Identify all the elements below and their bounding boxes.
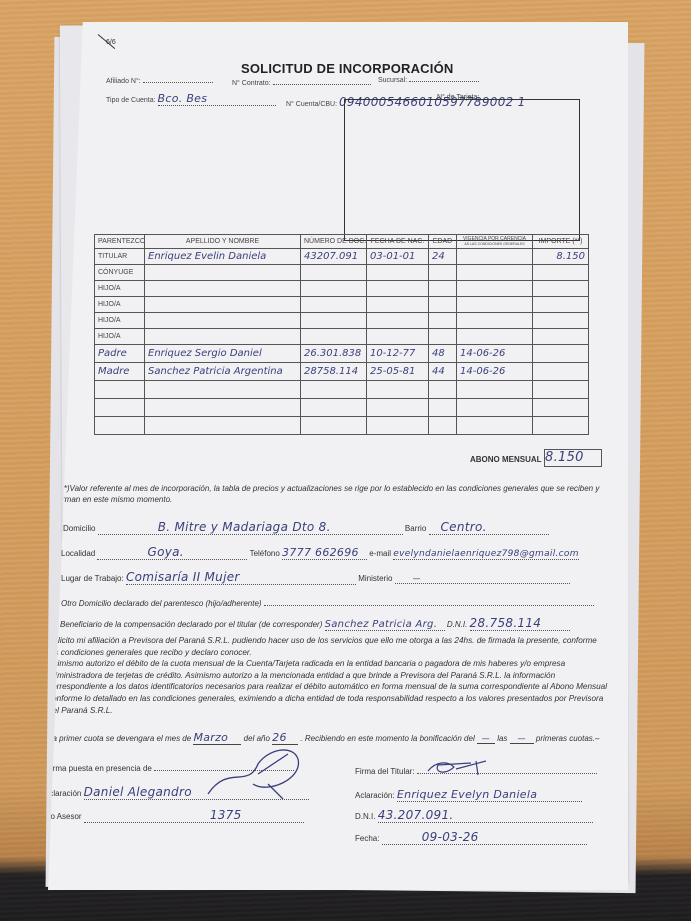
telefono-label: Teléfono xyxy=(250,549,280,558)
cell-importe[interactable] xyxy=(533,329,589,345)
afiliado-label: Afiliado N°: xyxy=(106,78,141,85)
year-label: del año xyxy=(244,734,270,743)
cell-doc[interactable] xyxy=(301,381,367,399)
cell-nombre[interactable] xyxy=(145,399,301,417)
cell-vigencia[interactable] xyxy=(457,281,533,297)
cell-nombre[interactable]: Enriquez Evelin Daniela xyxy=(145,249,301,265)
cuenta-cbu-label: N° Cuenta/CBU: xyxy=(286,101,337,108)
titular-signature-scribble xyxy=(426,757,496,779)
cell-doc[interactable]: 43207.091 xyxy=(301,249,367,265)
fecha-value[interactable]: 09-03-26 xyxy=(382,830,587,845)
cell-importe[interactable] xyxy=(533,281,589,297)
cell-edad[interactable]: 44 xyxy=(429,363,457,381)
cell-vigencia[interactable] xyxy=(457,249,533,265)
cell-importe[interactable] xyxy=(533,363,589,381)
cell-doc[interactable]: 28758.114 xyxy=(301,363,367,381)
cell-fecha-nac[interactable] xyxy=(367,399,429,417)
cell-doc[interactable] xyxy=(301,329,367,345)
cell-parentezco[interactable]: HIJO/A xyxy=(95,297,145,313)
cell-nombre[interactable] xyxy=(145,329,301,345)
table-row xyxy=(95,417,589,435)
cell-nombre[interactable] xyxy=(145,281,301,297)
cell-fecha-nac[interactable] xyxy=(367,329,429,345)
application-form-sheet: 6/6 SOLICITUD DE INCORPORACIÓN Afiliado … xyxy=(48,22,628,890)
cell-fecha-nac[interactable] xyxy=(367,297,429,313)
cell-edad[interactable] xyxy=(429,417,457,435)
sucursal-label: Sucursal: xyxy=(378,77,407,84)
cell-fecha-nac[interactable] xyxy=(367,265,429,281)
tipo-cuenta-label: Tipo de Cuenta: xyxy=(106,97,156,104)
first-payment-label: La primer cuota se devengara el mes de xyxy=(48,734,191,743)
beneficiario-value[interactable]: Sanchez Patricia Arg. xyxy=(325,619,445,631)
table-row xyxy=(95,381,589,399)
localidad-value[interactable]: Goya. xyxy=(97,545,247,560)
cell-doc[interactable] xyxy=(301,399,367,417)
cell-fecha-nac[interactable]: 03-01-01 xyxy=(367,249,429,265)
cell-fecha-nac[interactable] xyxy=(367,417,429,435)
cell-doc[interactable] xyxy=(301,417,367,435)
cell-importe[interactable] xyxy=(533,417,589,435)
tipo-cuenta-field[interactable]: Tipo de Cuenta: Bco. Bes xyxy=(106,92,276,106)
cell-vigencia[interactable] xyxy=(457,329,533,345)
contrato-label: N° Contrato: xyxy=(232,80,271,87)
cell-vigencia[interactable] xyxy=(457,265,533,281)
aclaracion-right-label: Aclaración: xyxy=(355,791,395,800)
cell-nombre[interactable]: Enriquez Sergio Daniel xyxy=(145,345,301,363)
cell-parentezco[interactable]: Madre xyxy=(95,363,145,381)
cell-importe[interactable] xyxy=(533,265,589,281)
cell-edad[interactable] xyxy=(429,381,457,399)
family-table-body: TITULAREnriquez Evelin Daniela43207.0910… xyxy=(95,249,589,435)
table-row: HIJO/A xyxy=(95,313,589,329)
sucursal-value xyxy=(409,81,479,82)
cell-parentezco[interactable] xyxy=(95,417,145,435)
trabajo-label: Lugar de Trabajo: xyxy=(61,574,124,583)
beneficiario-label: Beneficiario de la compensación declarad… xyxy=(60,620,322,629)
trabajo-value[interactable]: Comisaría II Mujer xyxy=(126,570,356,585)
ministerio-label: Ministerio xyxy=(358,574,392,583)
bonus-value[interactable]: — xyxy=(477,734,495,744)
cell-parentezco[interactable]: CÓNYUGE xyxy=(95,265,145,281)
header-edad: EDAD xyxy=(429,235,457,249)
legal-text: Solicito mi afiliación a Previsora del P… xyxy=(48,635,608,716)
barrio-label: Barrio xyxy=(405,524,426,533)
cell-nombre[interactable] xyxy=(145,313,301,329)
cell-fecha-nac[interactable] xyxy=(367,381,429,399)
table-row xyxy=(95,399,589,417)
table-header-row: PARENTEZCO APELLIDO Y NOMBRE NÚMERO DE D… xyxy=(95,235,589,249)
cell-parentezco[interactable]: HIJO/A xyxy=(95,329,145,345)
cell-edad[interactable] xyxy=(429,297,457,313)
cell-doc[interactable] xyxy=(301,265,367,281)
tipo-cuenta-value: Bco. Bes xyxy=(158,92,276,106)
cell-fecha-nac[interactable] xyxy=(367,313,429,329)
otro-domicilio-value[interactable] xyxy=(264,605,594,606)
cell-vigencia[interactable] xyxy=(457,297,533,313)
cell-parentezco[interactable]: HIJO/A xyxy=(95,313,145,329)
table-row: HIJO/A xyxy=(95,329,589,345)
cell-nombre[interactable] xyxy=(145,297,301,313)
table-row: TITULAREnriquez Evelin Daniela43207.0910… xyxy=(95,249,589,265)
barrio-value[interactable]: Centro. xyxy=(429,520,549,535)
localidad-row: Localidad Goya. Teléfono 3777 662696 e-m… xyxy=(61,545,636,560)
price-note: (**)Valor referente al mes de incorporac… xyxy=(58,483,603,505)
cell-edad[interactable] xyxy=(429,313,457,329)
titular-dni-row: D.N.I. 43.207.091. xyxy=(355,808,593,823)
cell-fecha-nac[interactable]: 25-05-81 xyxy=(367,363,429,381)
contrato-field[interactable]: N° Contrato: xyxy=(232,80,371,87)
cell-nombre[interactable] xyxy=(145,265,301,281)
fecha-label: Fecha: xyxy=(355,834,379,843)
header-nombre: APELLIDO Y NOMBRE xyxy=(145,235,301,249)
nro-asesor-value[interactable]: 1375 xyxy=(84,808,304,823)
cell-nombre[interactable]: Sanchez Patricia Argentina xyxy=(145,363,301,381)
beneficiario-dni-value[interactable]: 28.758.114 xyxy=(470,616,570,631)
cell-edad[interactable]: 48 xyxy=(429,345,457,363)
aclaracion-right-row: Aclaración: Enriquez Evelyn Daniela xyxy=(355,788,582,802)
family-members-table: PARENTEZCO APELLIDO Y NOMBRE NÚMERO DE D… xyxy=(94,234,589,435)
first-payment-year[interactable]: 26 xyxy=(272,731,298,745)
cell-fecha-nac[interactable] xyxy=(367,281,429,297)
cell-vigencia[interactable] xyxy=(457,417,533,435)
trabajo-row: Lugar de Trabajo: Comisaría II Mujer Min… xyxy=(61,570,621,585)
cell-parentezco[interactable]: HIJO/A xyxy=(95,281,145,297)
table-row: HIJO/A xyxy=(95,281,589,297)
form-title: SOLICITUD DE INCORPORACIÓN xyxy=(241,61,453,76)
email-label: e-mail xyxy=(369,549,391,558)
cell-parentezco[interactable] xyxy=(95,399,145,417)
localidad-label: Localidad xyxy=(61,549,95,558)
cell-importe[interactable] xyxy=(533,399,589,417)
las-label: las xyxy=(497,734,507,743)
aclaracion-right-value[interactable]: Enriquez Evelyn Daniela xyxy=(397,788,582,802)
aclaracion-left-value[interactable]: Daniel Alegandro xyxy=(84,785,309,800)
cell-doc[interactable] xyxy=(301,313,367,329)
header-vigencia: VIGENCIA POR CARENCIA AS LAS CONDICIONES… xyxy=(457,235,533,249)
ministerio-value[interactable]: — xyxy=(395,574,570,584)
legal-paragraph-2: Asimismo autorizo el débito de la cuota … xyxy=(48,658,608,716)
header-fecha-nac: FECHA DE NAC. xyxy=(367,235,429,249)
cell-edad[interactable] xyxy=(429,399,457,417)
contrato-value xyxy=(273,84,371,85)
cell-nombre[interactable] xyxy=(145,417,301,435)
aclaracion-left-row: Aclaración Daniel Alegandro xyxy=(44,785,309,800)
domicilio-value[interactable]: B. Mitre y Madariaga Dto 8. xyxy=(98,520,403,535)
cell-doc[interactable] xyxy=(301,281,367,297)
cell-importe[interactable] xyxy=(533,345,589,363)
beneficiario-dni-label: D.N.I. xyxy=(447,620,467,629)
payment-suffix: primeras cuotas.– xyxy=(536,734,600,743)
afiliado-value xyxy=(143,82,213,83)
otro-domicilio-label: Otro Domicilio declarado del parentesco … xyxy=(61,599,262,608)
titular-dni-value[interactable]: 43.207.091. xyxy=(378,808,593,823)
cell-doc[interactable] xyxy=(301,297,367,313)
domicilio-row: Domicilio B. Mitre y Madariaga Dto 8. Ba… xyxy=(63,520,578,535)
cell-vigencia[interactable] xyxy=(457,313,533,329)
beneficiario-row: Beneficiario de la compensación declarad… xyxy=(60,616,630,631)
fecha-row: Fecha: 09-03-26 xyxy=(355,830,587,845)
header-importe: IMPORTE (**) xyxy=(533,235,589,249)
firma-presencia-label: Firma puesta en presencia de xyxy=(46,764,152,773)
cell-importe[interactable]: 8.150 xyxy=(533,249,589,265)
cell-vigencia[interactable] xyxy=(457,399,533,417)
header-doc: NÚMERO DE DOC. xyxy=(301,235,367,249)
header-vigencia-sub: AS LAS CONDICIONES GENERALES xyxy=(464,242,524,246)
cell-edad[interactable] xyxy=(429,281,457,297)
first-payment-month[interactable]: Marzo xyxy=(193,731,241,745)
legal-paragraph-1: Solicito mi afiliación a Previsora del P… xyxy=(48,635,608,658)
abono-mensual-label: ABONO MENSUAL xyxy=(470,455,542,464)
first-payment-row: La primer cuota se devengara el mes de M… xyxy=(48,731,628,745)
cell-importe[interactable] xyxy=(533,313,589,329)
table-row: CÓNYUGE xyxy=(95,265,589,281)
cell-vigencia[interactable] xyxy=(457,381,533,399)
firma-titular-label: Firma del Titular: xyxy=(355,767,415,776)
table-row: PadreEnriquez Sergio Daniel26.301.83810-… xyxy=(95,345,589,363)
cell-parentezco[interactable]: TITULAR xyxy=(95,249,145,265)
cell-vigencia[interactable]: 14-06-26 xyxy=(457,363,533,381)
afiliado-field[interactable]: Afiliado N°: xyxy=(106,78,213,85)
las-value[interactable]: — xyxy=(510,734,534,744)
table-row: HIJO/A xyxy=(95,297,589,313)
telefono-value[interactable]: 3777 662696 xyxy=(282,546,367,560)
otro-domicilio-row: Otro Domicilio declarado del parentesco … xyxy=(61,599,621,608)
cell-importe[interactable] xyxy=(533,297,589,313)
table-row: MadreSanchez Patricia Argentina28758.114… xyxy=(95,363,589,381)
cell-vigencia[interactable]: 14-06-26 xyxy=(457,345,533,363)
domicilio-label: Domicilio xyxy=(63,524,95,533)
cell-fecha-nac[interactable]: 10-12-77 xyxy=(367,345,429,363)
bonus-label: . Recibiendo en este momento la bonifica… xyxy=(300,734,474,743)
email-value[interactable]: evelyndanielaenriquez798@gmail.com xyxy=(393,549,579,560)
cell-edad[interactable] xyxy=(429,329,457,345)
header-parentezco: PARENTEZCO xyxy=(95,235,145,249)
cell-nombre[interactable] xyxy=(145,381,301,399)
photo-box xyxy=(344,99,580,241)
sucursal-field[interactable]: Sucursal: xyxy=(378,77,479,84)
cell-edad[interactable] xyxy=(429,265,457,281)
cell-parentezco[interactable] xyxy=(95,381,145,399)
cell-parentezco[interactable]: Padre xyxy=(95,345,145,363)
cell-importe[interactable] xyxy=(533,381,589,399)
cell-edad[interactable]: 24 xyxy=(429,249,457,265)
nro-asesor-row: Nro Asesor 1375 xyxy=(42,808,304,823)
page-number: 6/6 xyxy=(106,39,116,46)
titular-dni-label: D.N.I. xyxy=(355,812,375,821)
cell-doc[interactable]: 26.301.838 xyxy=(301,345,367,363)
abono-mensual-value[interactable]: 8.150 xyxy=(544,449,602,467)
